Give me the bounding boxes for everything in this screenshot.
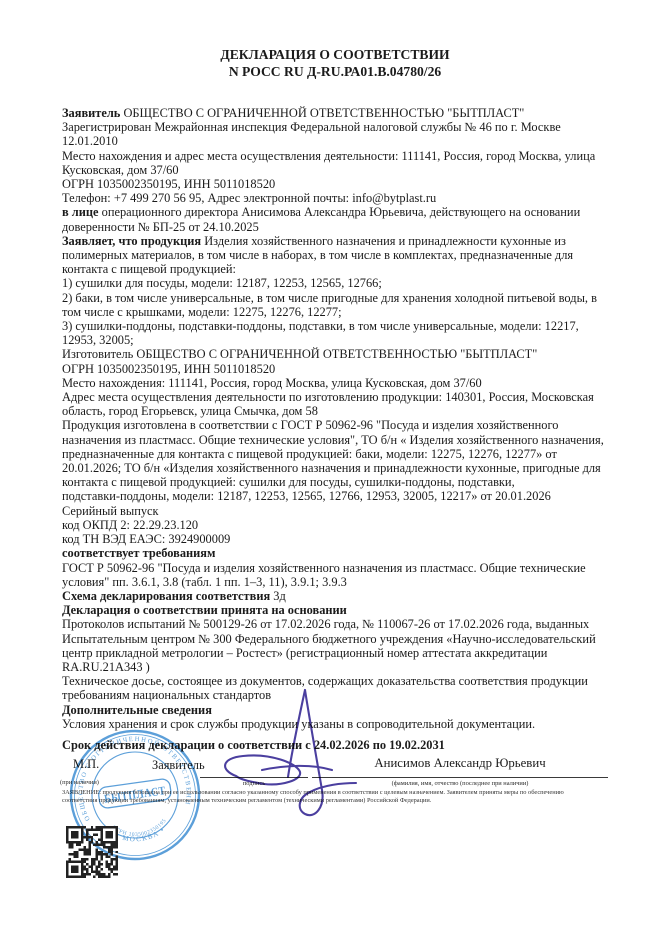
name-line bbox=[312, 777, 608, 778]
name-caption: (фамилия, имя, отчество (последнее при н… bbox=[312, 780, 608, 787]
doc-line: в лице операционного директора Анисимова… bbox=[62, 205, 610, 219]
doc-line: Заявляет, что продукция Изделия хозяйств… bbox=[62, 234, 610, 248]
doc-line-segment: Зарегистрирован Межрайонная инспекция Фе… bbox=[62, 120, 561, 134]
doc-line-segment: Кусковская, дом 37/60 bbox=[62, 163, 179, 177]
doc-line-segment: доверенности № БП-25 от 24.10.2025 bbox=[62, 220, 259, 234]
doc-line: 3) сушилки-поддоны, подставки-поддоны, п… bbox=[62, 319, 610, 333]
signature-line bbox=[200, 777, 308, 778]
document-title: ДЕКЛАРАЦИЯ О СООТВЕТСТВИИ N РОСС RU Д-RU… bbox=[62, 46, 608, 80]
doc-line-segment: 3д bbox=[273, 589, 286, 603]
doc-line: Изготовитель ОБЩЕСТВО С ОГРАНИЧЕННОЙ ОТВ… bbox=[62, 347, 610, 361]
doc-line-segment: ОГРН 1035002350195, ИНН 5011018520 bbox=[62, 362, 275, 376]
signature-caption: подпись bbox=[200, 780, 308, 787]
doc-line: назначения из пластмасс. Общие техническ… bbox=[62, 433, 610, 447]
doc-line: область, город Егорьевск, улица Смычка, … bbox=[62, 404, 610, 418]
doc-line-segment: подставки-поддоны, модели: 12187, 12253,… bbox=[62, 489, 551, 503]
doc-line-segment: Продукция изготовлена в соответствии с Г… bbox=[62, 418, 558, 432]
doc-line: Место нахождения: 111141, Россия, город … bbox=[62, 376, 610, 390]
doc-line-segment: ОБЩЕСТВО С ОГРАНИЧЕННОЙ ОТВЕТСТВЕННОСТЬЮ… bbox=[123, 106, 524, 120]
doc-line-segment: 12.01.2010 bbox=[62, 134, 118, 148]
doc-line-segment: полимерных материалов, в том числе в наб… bbox=[62, 248, 573, 262]
doc-line: условия" пп. 3.6.1, 3.8 (табл. 1 пп. 1–3… bbox=[62, 575, 610, 589]
doc-line: Декларация о соответствии принята на осн… bbox=[62, 603, 610, 617]
doc-line: Продукция изготовлена в соответствии с Г… bbox=[62, 418, 610, 432]
doc-line-segment: Дополнительные сведения bbox=[62, 703, 212, 717]
doc-line-segment: Телефон: +7 499 270 56 95, Адрес электро… bbox=[62, 191, 436, 205]
doc-line: предназначенные для контакта с пищевой п… bbox=[62, 447, 610, 461]
doc-line-segment: 1) сушилки для посуды, модели: 12187, 12… bbox=[62, 276, 382, 290]
doc-line: доверенности № БП-25 от 24.10.2025 bbox=[62, 220, 610, 234]
doc-line-segment: Место нахождения: 111141, Россия, город … bbox=[62, 376, 482, 390]
doc-line-segment: назначения из пластмасс. Общие техническ… bbox=[62, 433, 604, 447]
doc-line: контакта с пищевой продукцией: bbox=[62, 262, 610, 276]
doc-line-segment: Декларация о соответствии принята на осн… bbox=[62, 603, 347, 617]
doc-line: ОГРН 1035002350195, ИНН 5011018520 bbox=[62, 177, 610, 191]
doc-line-segment: RA.RU.21A343 ) bbox=[62, 660, 150, 674]
doc-line: ГОСТ Р 50962-96 "Посуда и изделия хозяйс… bbox=[62, 561, 610, 575]
doc-line-segment: том числе с крышками, модели: 12275, 122… bbox=[62, 305, 342, 319]
document-body: Заявитель ОБЩЕСТВО С ОГРАНИЧЕННОЙ ОТВЕТС… bbox=[62, 106, 610, 752]
doc-line: Место нахождения и адрес места осуществл… bbox=[62, 149, 610, 163]
doc-line-segment: контакта с пищевой продукцией: сушилки д… bbox=[62, 475, 515, 489]
doc-line: Испытательным центром № 300 Федерального… bbox=[62, 632, 610, 646]
doc-line: Кусковская, дом 37/60 bbox=[62, 163, 610, 177]
doc-line-segment: условия" пп. 3.6.1, 3.8 (табл. 1 пп. 1–3… bbox=[62, 575, 347, 589]
doc-line: Техническое досье, состоящее из документ… bbox=[62, 674, 610, 688]
doc-line: Протоколов испытаний № 500129-26 от 17.0… bbox=[62, 617, 610, 631]
doc-line-segment: ОГРН 1035002350195, ИНН 5011018520 bbox=[62, 177, 275, 191]
doc-line: 1) сушилки для посуды, модели: 12187, 12… bbox=[62, 276, 610, 290]
doc-line-segment: Протоколов испытаний № 500129-26 от 17.0… bbox=[62, 617, 589, 631]
declaration-document: ДЕКЛАРАЦИЯ О СООТВЕТСТВИИ N РОСС RU Д-RU… bbox=[0, 0, 666, 942]
doc-line-segment: область, город Егорьевск, улица Смычка, … bbox=[62, 404, 318, 418]
doc-line: том числе с крышками, модели: 12275, 122… bbox=[62, 305, 610, 319]
doc-line-segment: Изделия хозяйственного назначения и прин… bbox=[204, 234, 566, 248]
doc-line-segment: Испытательным центром № 300 Федерального… bbox=[62, 632, 596, 646]
doc-line-segment: Серийный выпуск bbox=[62, 504, 159, 518]
doc-line: Зарегистрирован Межрайонная инспекция Фе… bbox=[62, 120, 610, 134]
doc-line-segment: операционного директора Анисимова Алекса… bbox=[102, 205, 581, 219]
doc-line: 12953, 32005; bbox=[62, 333, 610, 347]
doc-line-segment: код ОКПД 2: 22.29.23.120 bbox=[62, 518, 198, 532]
doc-line: контакта с пищевой продукцией: сушилки д… bbox=[62, 475, 610, 489]
doc-line: код ОКПД 2: 22.29.23.120 bbox=[62, 518, 610, 532]
doc-line-segment: код ТН ВЭД ЕАЭС: 3924900009 bbox=[62, 532, 230, 546]
doc-line-segment: 20.01.2026; ТО б/н «Изделия хозяйственно… bbox=[62, 461, 601, 475]
doc-line: требованиям национальных стандартов bbox=[62, 688, 610, 702]
doc-line-segment: 3) сушилки-поддоны, подставки-поддоны, п… bbox=[62, 319, 579, 333]
doc-line-segment: центр прикладной метрологии – Ростест» (… bbox=[62, 646, 547, 660]
doc-line-segment: Адрес места осуществления деятельности п… bbox=[62, 390, 594, 404]
doc-line-segment: Заявляет, что продукция bbox=[62, 234, 204, 248]
doc-line-segment: в лице bbox=[62, 205, 102, 219]
doc-line-segment: требованиям национальных стандартов bbox=[62, 688, 271, 702]
doc-line-segment: 12953, 32005; bbox=[62, 333, 134, 347]
doc-line: 12.01.2010 bbox=[62, 134, 610, 148]
doc-line-segment: контакта с пищевой продукцией: bbox=[62, 262, 236, 276]
doc-line-segment: Место нахождения и адрес места осуществл… bbox=[62, 149, 595, 163]
doc-line-segment: Схема декларирования соответствия bbox=[62, 589, 273, 603]
doc-line-segment: предназначенные для контакта с пищевой п… bbox=[62, 447, 557, 461]
doc-line: соответствует требованиям bbox=[62, 546, 610, 560]
doc-line: Серийный выпуск bbox=[62, 504, 610, 518]
doc-line: 20.01.2026; ТО б/н «Изделия хозяйственно… bbox=[62, 461, 610, 475]
signatory-name: Анисимов Александр Юрьевич bbox=[312, 756, 608, 771]
doc-line: полимерных материалов, в том числе в наб… bbox=[62, 248, 610, 262]
doc-line-segment: 2) баки, в том числе универсальные, в то… bbox=[62, 291, 597, 305]
doc-line-segment: ГОСТ Р 50962-96 "Посуда и изделия хозяйс… bbox=[62, 561, 586, 575]
doc-line: центр прикладной метрологии – Ростест» (… bbox=[62, 646, 610, 660]
doc-line: Заявитель ОБЩЕСТВО С ОГРАНИЧЕННОЙ ОТВЕТС… bbox=[62, 106, 610, 120]
document-title-line1: ДЕКЛАРАЦИЯ О СООТВЕТСТВИИ bbox=[62, 46, 608, 63]
doc-line: Дополнительные сведения bbox=[62, 703, 610, 717]
doc-line: код ТН ВЭД ЕАЭС: 3924900009 bbox=[62, 532, 610, 546]
doc-line: ОГРН 1035002350195, ИНН 5011018520 bbox=[62, 362, 610, 376]
doc-line: 2) баки, в том числе универсальные, в то… bbox=[62, 291, 610, 305]
doc-line: подставки-поддоны, модели: 12187, 12253,… bbox=[62, 489, 610, 503]
doc-line-segment: Техническое досье, состоящее из документ… bbox=[62, 674, 588, 688]
qr-code bbox=[66, 826, 118, 878]
doc-line: Схема декларирования соответствия 3д bbox=[62, 589, 610, 603]
doc-line-segment: соответствует требованиям bbox=[62, 546, 215, 560]
doc-line-segment: Заявитель bbox=[62, 106, 123, 120]
doc-line-segment: Изготовитель ОБЩЕСТВО С ОГРАНИЧЕННОЙ ОТВ… bbox=[62, 347, 537, 361]
doc-line: Адрес места осуществления деятельности п… bbox=[62, 390, 610, 404]
doc-line: RA.RU.21A343 ) bbox=[62, 660, 610, 674]
document-number: N РОСС RU Д-RU.РА01.В.04780/26 bbox=[62, 63, 608, 80]
doc-line: Телефон: +7 499 270 56 95, Адрес электро… bbox=[62, 191, 610, 205]
